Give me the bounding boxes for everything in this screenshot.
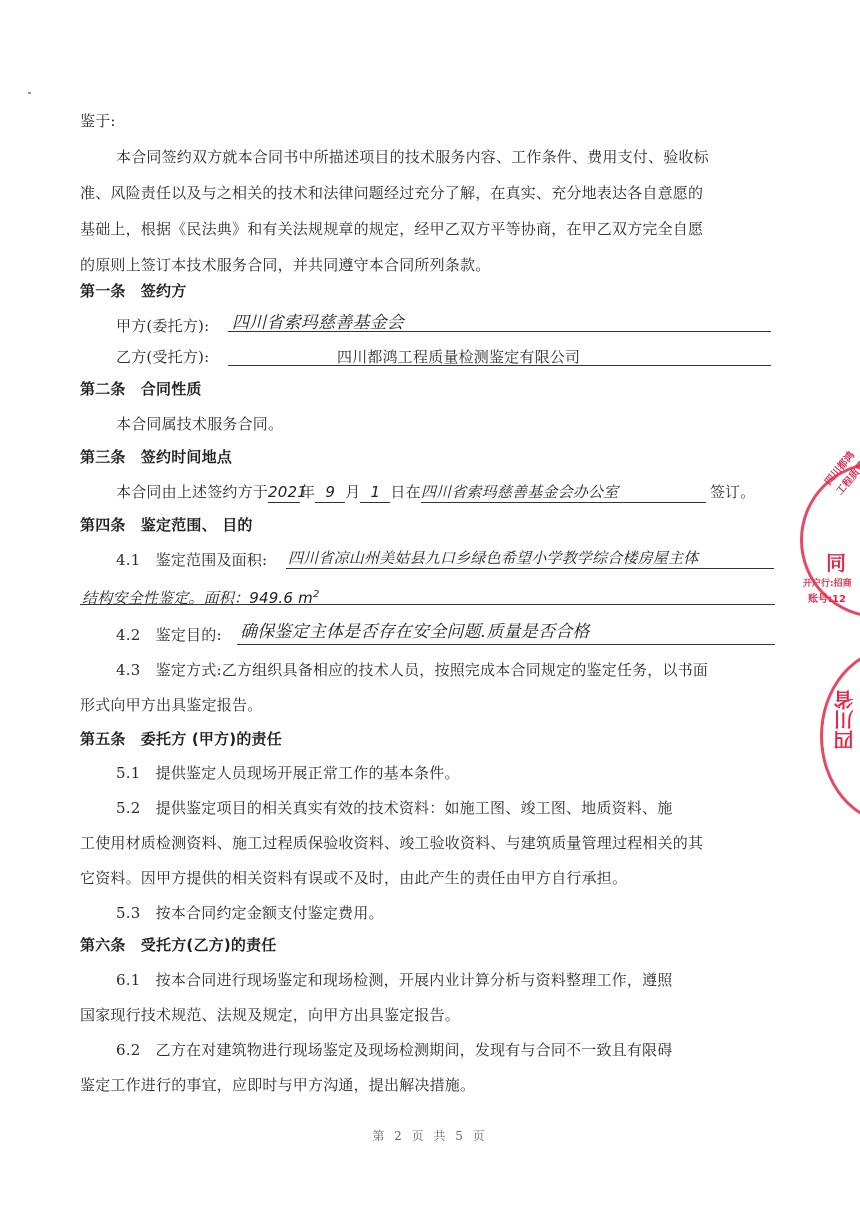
article-5-item-2-line-1: 5.2 提供鉴定项目的相关真实有效的技术资料：如施工图、竣工图、地质资料、施 [116, 798, 672, 818]
scope-underline-1 [286, 568, 774, 569]
scope-label: 4.1 鉴定范围及面积: [116, 550, 267, 570]
purpose-underline [237, 644, 775, 645]
intro-label: 鉴于: [80, 111, 116, 131]
signing-prefix: 本合同由上述签约方于 [116, 483, 268, 501]
article-5-item-3: 5.3 按本合同约定金额支付鉴定费用。 [116, 903, 384, 923]
party-b-label: 乙方(受托方): [116, 347, 209, 367]
seal-bank-line: 开户行:招商 [803, 576, 852, 589]
signing-year: 2021 [268, 482, 300, 503]
page-number: 第 2 页 共 5 页 [0, 1127, 860, 1144]
method-line-1: 4.3 鉴定方式:乙方组织具备相应的技术人员，按照完成本合同规定的鉴定任务，以书… [116, 660, 708, 680]
seal-center-char: 同 [826, 547, 846, 576]
article-2-text: 本合同属技术服务合同。 [116, 414, 283, 434]
article-3-title: 第三条 签约时间地点 [80, 447, 232, 467]
signing-sentence: 本合同由上述签约方于2021年9月1日在四川省索玛慈善基金会办公室签订。 [116, 482, 755, 503]
contract-page: 鉴于: 本合同签约双方就本合同书中所描述项目的技术服务内容、工作条件、费用支付、… [0, 0, 860, 1216]
signing-place: 四川省索玛慈善基金会办公室 [421, 482, 706, 503]
article-5-title: 第五条 委托方 (甲方)的责任 [80, 729, 282, 749]
party-b-value: 四川都鸿工程质量检测鉴定有限公司 [337, 347, 580, 367]
article-6-item-1-line-1: 6.1 按本合同进行现场鉴定和现场检测，开展内业计算分析与资料整理工作，遵照 [116, 970, 672, 990]
article-1-title: 第一条 签约方 [80, 281, 186, 301]
intro-paragraph-line-2: 准、风险责任以及与之相关的技术和法律问题经过充分了解，在真实、充分地表达各自意愿… [80, 183, 703, 203]
article-6-item-1-line-2: 国家现行技术规范、法规及规定，向甲方出具鉴定报告。 [80, 1005, 460, 1025]
party-a-label: 甲方(委托方): [116, 316, 209, 336]
scan-speck [28, 92, 31, 94]
month-label: 月 [345, 483, 360, 501]
seal-lower-text: 四川省 [830, 690, 859, 750]
day-label: 日在 [390, 483, 420, 501]
party-a-value: 四川省索玛慈善基金会 [232, 313, 404, 333]
intro-paragraph-line-4: 的原则上签订本技术服务合同，并共同遵守本合同所列条款。 [80, 255, 490, 275]
intro-paragraph-line-1: 本合同签约双方就本合同书中所描述项目的技术服务内容、工作条件、费用支付、验收标 [116, 147, 709, 167]
article-5-item-2-line-3: 它资料。因甲方提供的相关资料有误或不及时，由此产生的责任由甲方自行承担。 [80, 868, 627, 888]
signing-month: 9 [315, 482, 345, 503]
article-2-title: 第二条 合同性质 [80, 379, 202, 399]
article-4-title: 第四条 鉴定范围、 目的 [80, 515, 253, 535]
signing-suffix: 签订。 [710, 483, 756, 501]
purpose-label: 4.2 鉴定目的: [116, 625, 222, 645]
year-label: 年 [300, 483, 315, 501]
article-5-item-1: 5.1 提供鉴定人员现场开展正常工作的基本条件。 [116, 763, 460, 783]
scope-underline-2 [80, 604, 775, 605]
purpose-value: 确保鉴定主体是否存在安全问题.质量是否合格 [240, 622, 590, 642]
scope-value-line-1: 四川省凉山州美姑县九口乡绿色希望小学教学综合楼房屋主体 [288, 548, 698, 568]
seal-account-line: 账号:12 [808, 590, 846, 605]
article-6-item-2-line-1: 6.2 乙方在对建筑物进行现场鉴定及现场检测期间，发现有与合同不一致且有限碍 [116, 1040, 672, 1060]
article-5-item-2-line-2: 工使用材质检测资料、施工过程质保验收资料、竣工验收资料、与建筑质量管理过程相关的… [80, 833, 703, 853]
intro-paragraph-line-3: 基础上，根据《民法典》和有关法规规章的规定，经甲乙双方平等协商，在甲乙双方完全自… [80, 219, 703, 239]
article-6-item-2-line-2: 鉴定工作进行的事宜，应即时与甲方沟通，提出解决措施。 [80, 1075, 475, 1095]
signing-day: 1 [360, 482, 390, 503]
method-line-2: 形式向甲方出具鉴定报告。 [80, 695, 262, 715]
article-6-title: 第六条 受托方(乙方)的责任 [80, 935, 277, 955]
party-b-underline [228, 365, 771, 366]
party-a-underline [228, 331, 771, 332]
area-unit-superscript: 2 [313, 589, 320, 600]
